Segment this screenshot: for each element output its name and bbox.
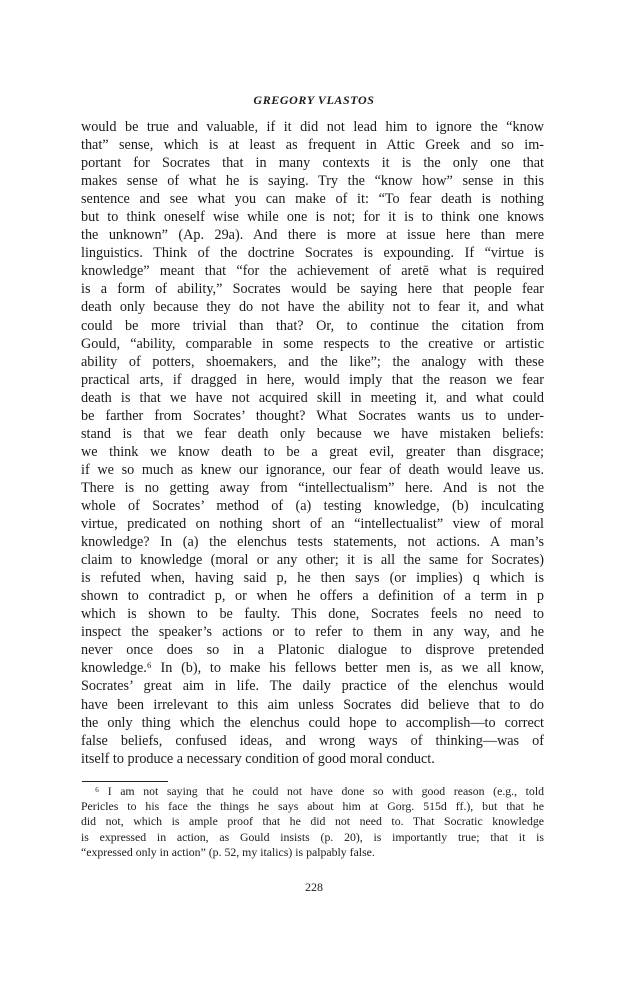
- body-line: death only because they do not have the …: [81, 298, 544, 316]
- body-line: Socrates’ great aim in life. The daily p…: [81, 677, 544, 695]
- body-line: false beliefs, confused ideas, and wrong…: [81, 732, 544, 750]
- body-line: whole of Socrates’ method of (a) testing…: [81, 497, 544, 515]
- body-line: have been irrelevant to this aim unless …: [81, 696, 544, 714]
- body-line: claim to knowledge (moral or any other; …: [81, 551, 544, 569]
- body-line: but to think oneself wise while one is n…: [81, 208, 544, 226]
- body-line: is refuted when, having said p, he then …: [81, 569, 544, 587]
- body-line: sentence and see what you can make of it…: [81, 190, 544, 208]
- body-line: ability of potters, shoemakers, and the …: [81, 353, 544, 371]
- body-line: never once does so in a Platonic dialogu…: [81, 641, 544, 659]
- footnote-line: is expressed in action, as Gould insists…: [81, 830, 544, 845]
- body-line: that” sense, which is at least as freque…: [81, 136, 544, 154]
- body-line: which is shown to be faulty. This done, …: [81, 605, 544, 623]
- body-line: if we so much as knew our ignorance, our…: [81, 461, 544, 479]
- footnote-line: ⁶ I am not saying that he could not have…: [81, 784, 544, 799]
- body-line: itself to produce a necessary condition …: [81, 750, 544, 768]
- body-line: stand is that we fear death only because…: [81, 425, 544, 443]
- footnote-line: “expressed only in action” (p. 52, my it…: [81, 845, 544, 860]
- body-line: Gould, “ability, comparable in some resp…: [81, 335, 544, 353]
- page-number: 228: [0, 880, 628, 895]
- body-line: we think we know death to be a great evi…: [81, 443, 544, 461]
- body-line: knowledge.⁶ In (b), to make his fellows …: [81, 659, 544, 677]
- main-body-text: would be true and valuable, if it did no…: [81, 118, 544, 768]
- body-line: knowledge? In (a) the elenchus tests sta…: [81, 533, 544, 551]
- running-head-author: GREGORY VLASTOS: [0, 93, 628, 108]
- footnote-line: did not, which is ample proof that he di…: [81, 814, 544, 829]
- body-line: the only thing which the elenchus could …: [81, 714, 544, 732]
- body-line: is a form of ability,” Socrates would be…: [81, 280, 544, 298]
- body-line: practical arts, if dragged in here, woul…: [81, 371, 544, 389]
- body-line: be farther from Socrates’ thought? What …: [81, 407, 544, 425]
- body-line: knowledge” meant that “for the achieveme…: [81, 262, 544, 280]
- footnote-6: ⁶ I am not saying that he could not have…: [81, 784, 544, 860]
- body-line: death is that we have not acquired skill…: [81, 389, 544, 407]
- body-line: the unknown” (Ap. 29a). And there is mor…: [81, 226, 544, 244]
- footnote-line: Pericles to his face the things he says …: [81, 799, 544, 814]
- body-line: inspect the speaker’s actions or to refe…: [81, 623, 544, 641]
- body-line: shown to contradict p, or when he offers…: [81, 587, 544, 605]
- body-line: would be true and valuable, if it did no…: [81, 118, 544, 136]
- body-line: linguistics. Think of the doctrine Socra…: [81, 244, 544, 262]
- body-line: portant for Socrates that in many contex…: [81, 154, 544, 172]
- footnote-separator-rule: [82, 781, 168, 782]
- book-page: GREGORY VLASTOS would be true and valuab…: [0, 0, 628, 992]
- body-line: could be more trivial than that? Or, to …: [81, 317, 544, 335]
- body-line: There is no getting away from “intellect…: [81, 479, 544, 497]
- body-line: virtue, predicated on nothing short of a…: [81, 515, 544, 533]
- body-line: makes sense of what he is saying. Try th…: [81, 172, 544, 190]
